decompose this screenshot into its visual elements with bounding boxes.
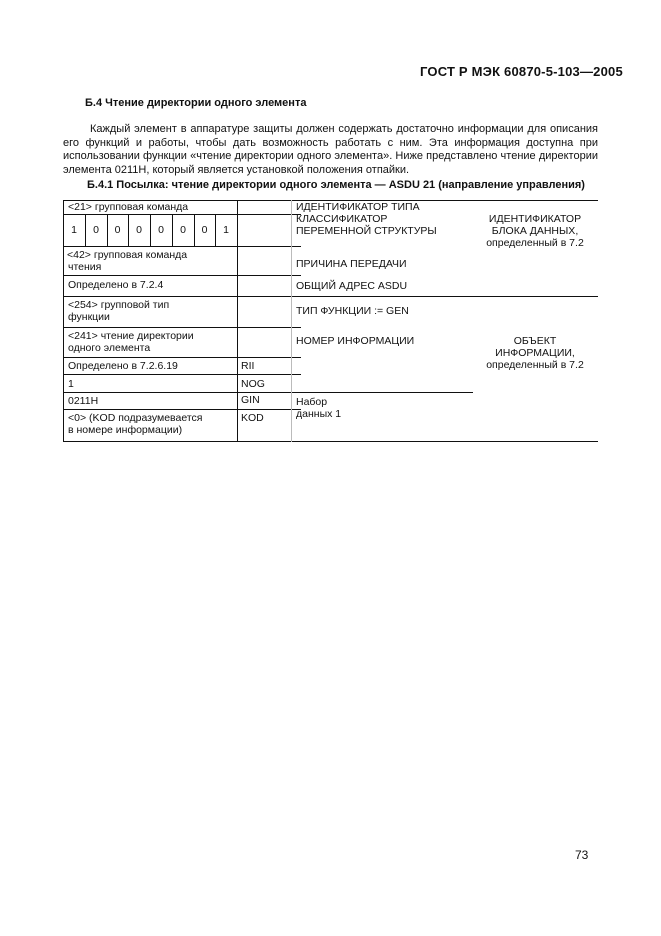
row-gin: 0211H [68, 395, 98, 408]
group-info-object-line3: определенный в 7.2 [470, 359, 600, 372]
group-info-object-line2: ИНФОРМАЦИИ, [470, 347, 600, 360]
group-data-unit-id-line2: БЛОКА ДАННЫХ, [470, 225, 600, 238]
bit-7: 0 [85, 224, 107, 237]
row-command: <21> групповая команда [68, 201, 188, 214]
row-cot-line1: <42> групповая команда [67, 249, 187, 262]
page-number: 73 [575, 848, 588, 862]
label-fun: ТИП ФУНКЦИИ := GEN [296, 305, 409, 318]
bit-2: 0 [194, 224, 215, 237]
label-vsq-line1: КЛАССИФИКАТОР [296, 213, 387, 226]
label-type-id: ИДЕНТИФИКАТОР ТИПА [296, 201, 420, 214]
row-inf-line2: одного элемента [68, 342, 150, 355]
label-vsq-line2: ПЕРЕМЕННОЙ СТРУКТУРЫ [296, 225, 437, 238]
row-nog: 1 [68, 378, 74, 391]
row-fun-line1: <254> групповой тип [68, 299, 169, 312]
bit-5: 0 [128, 224, 150, 237]
row-cot-line2: чтения [68, 261, 101, 274]
label-cot: ПРИЧИНА ПЕРЕДАЧИ [296, 258, 407, 271]
tag-kod: KOD [241, 412, 264, 425]
row-inf-line1: <241> чтение директории [68, 330, 194, 343]
group-data-unit-id-line3: определенный в 7.2 [470, 237, 600, 250]
bit-4: 0 [150, 224, 172, 237]
row-fun-line2: функции [68, 311, 110, 324]
body-paragraph: Каждый элемент в аппаратуре защиты долже… [63, 123, 598, 177]
section-title: Б.4 Чтение директории одного элемента [85, 97, 306, 109]
paragraph-text: Каждый элемент в аппаратуре защиты долже… [63, 123, 598, 177]
label-dataset-line2: данных 1 [296, 408, 341, 421]
row-kod-line2: в номере информации) [68, 424, 182, 437]
tag-rii: RII [241, 360, 254, 373]
bit-3: 0 [172, 224, 194, 237]
bit-8: 1 [63, 224, 85, 237]
group-data-unit-id-line1: ИДЕНТИФИКАТОР [470, 213, 600, 226]
group-info-object-line1: ОБЪЕКТ [470, 335, 600, 348]
row-common-addr: Определено в 7.2.4 [68, 279, 163, 292]
bit-1: 1 [215, 224, 237, 237]
table-caption: Б.4.1 Посылка: чтение директории одного … [87, 179, 585, 191]
bit-6: 0 [107, 224, 128, 237]
label-common-addr: ОБЩИЙ АДРЕС ASDU [296, 280, 407, 293]
label-dataset-line1: Набор [296, 396, 327, 409]
row-rii: Определено в 7.2.6.19 [68, 360, 178, 373]
label-inf: НОМЕР ИНФОРМАЦИИ [296, 335, 414, 348]
tag-gin: GIN [241, 394, 260, 407]
tag-nog: NOG [241, 378, 265, 391]
document-header: ГОСТ Р МЭК 60870-5-103—2005 [420, 64, 623, 79]
row-kod-line1: <0> (KOD подразумевается [68, 412, 202, 425]
